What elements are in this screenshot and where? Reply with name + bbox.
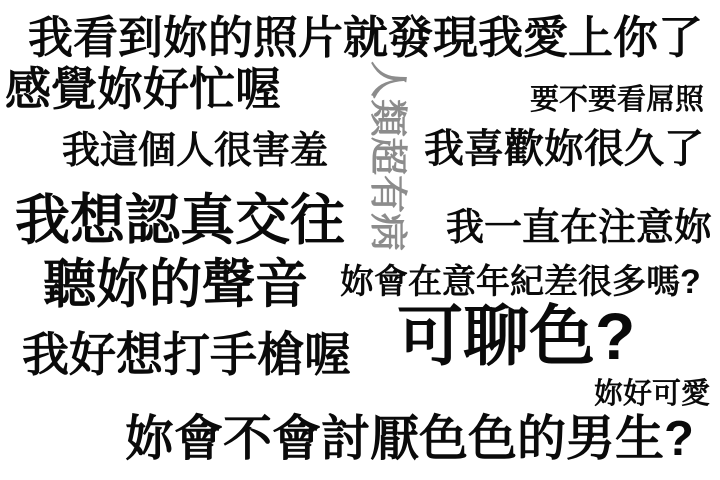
vertical-watermark-text: 人類超有病 bbox=[368, 61, 406, 251]
phrase-hate-lewd-guys-question: 妳會不會討厭色色的男生? bbox=[125, 415, 694, 464]
phrase-sexting-question: 可聊色? bbox=[397, 303, 635, 369]
phrase-you-seem-busy: 感覺妳好忙喔 bbox=[5, 66, 281, 112]
phrase-age-gap-question: 妳會在意年紀差很多嗎? bbox=[340, 265, 701, 299]
phrase-im-very-shy: 我這個人很害羞 bbox=[62, 132, 328, 170]
phrase-serious-relationship: 我想認真交往 bbox=[15, 193, 345, 248]
phrase-been-watching-you: 我一直在注意妳 bbox=[446, 209, 712, 247]
phrase-want-to-fap: 我好想打手槍喔 bbox=[22, 331, 351, 378]
phrase-you-are-cute: 妳好可愛 bbox=[594, 380, 710, 409]
phrase-liked-you-for-long: 我喜歡妳很久了 bbox=[424, 129, 704, 169]
meme-canvas: 我看到妳的照片就發現我愛上你了 感覺妳好忙喔 要不要看屌照 我這個人很害羞 我喜… bbox=[0, 0, 720, 480]
phrase-love-at-first-sight: 我看到妳的照片就發現我愛上你了 bbox=[28, 15, 703, 60]
phrase-dick-pic-offer: 要不要看屌照 bbox=[530, 86, 704, 115]
phrase-hear-your-voice: 聽妳的聲音 bbox=[43, 258, 308, 311]
